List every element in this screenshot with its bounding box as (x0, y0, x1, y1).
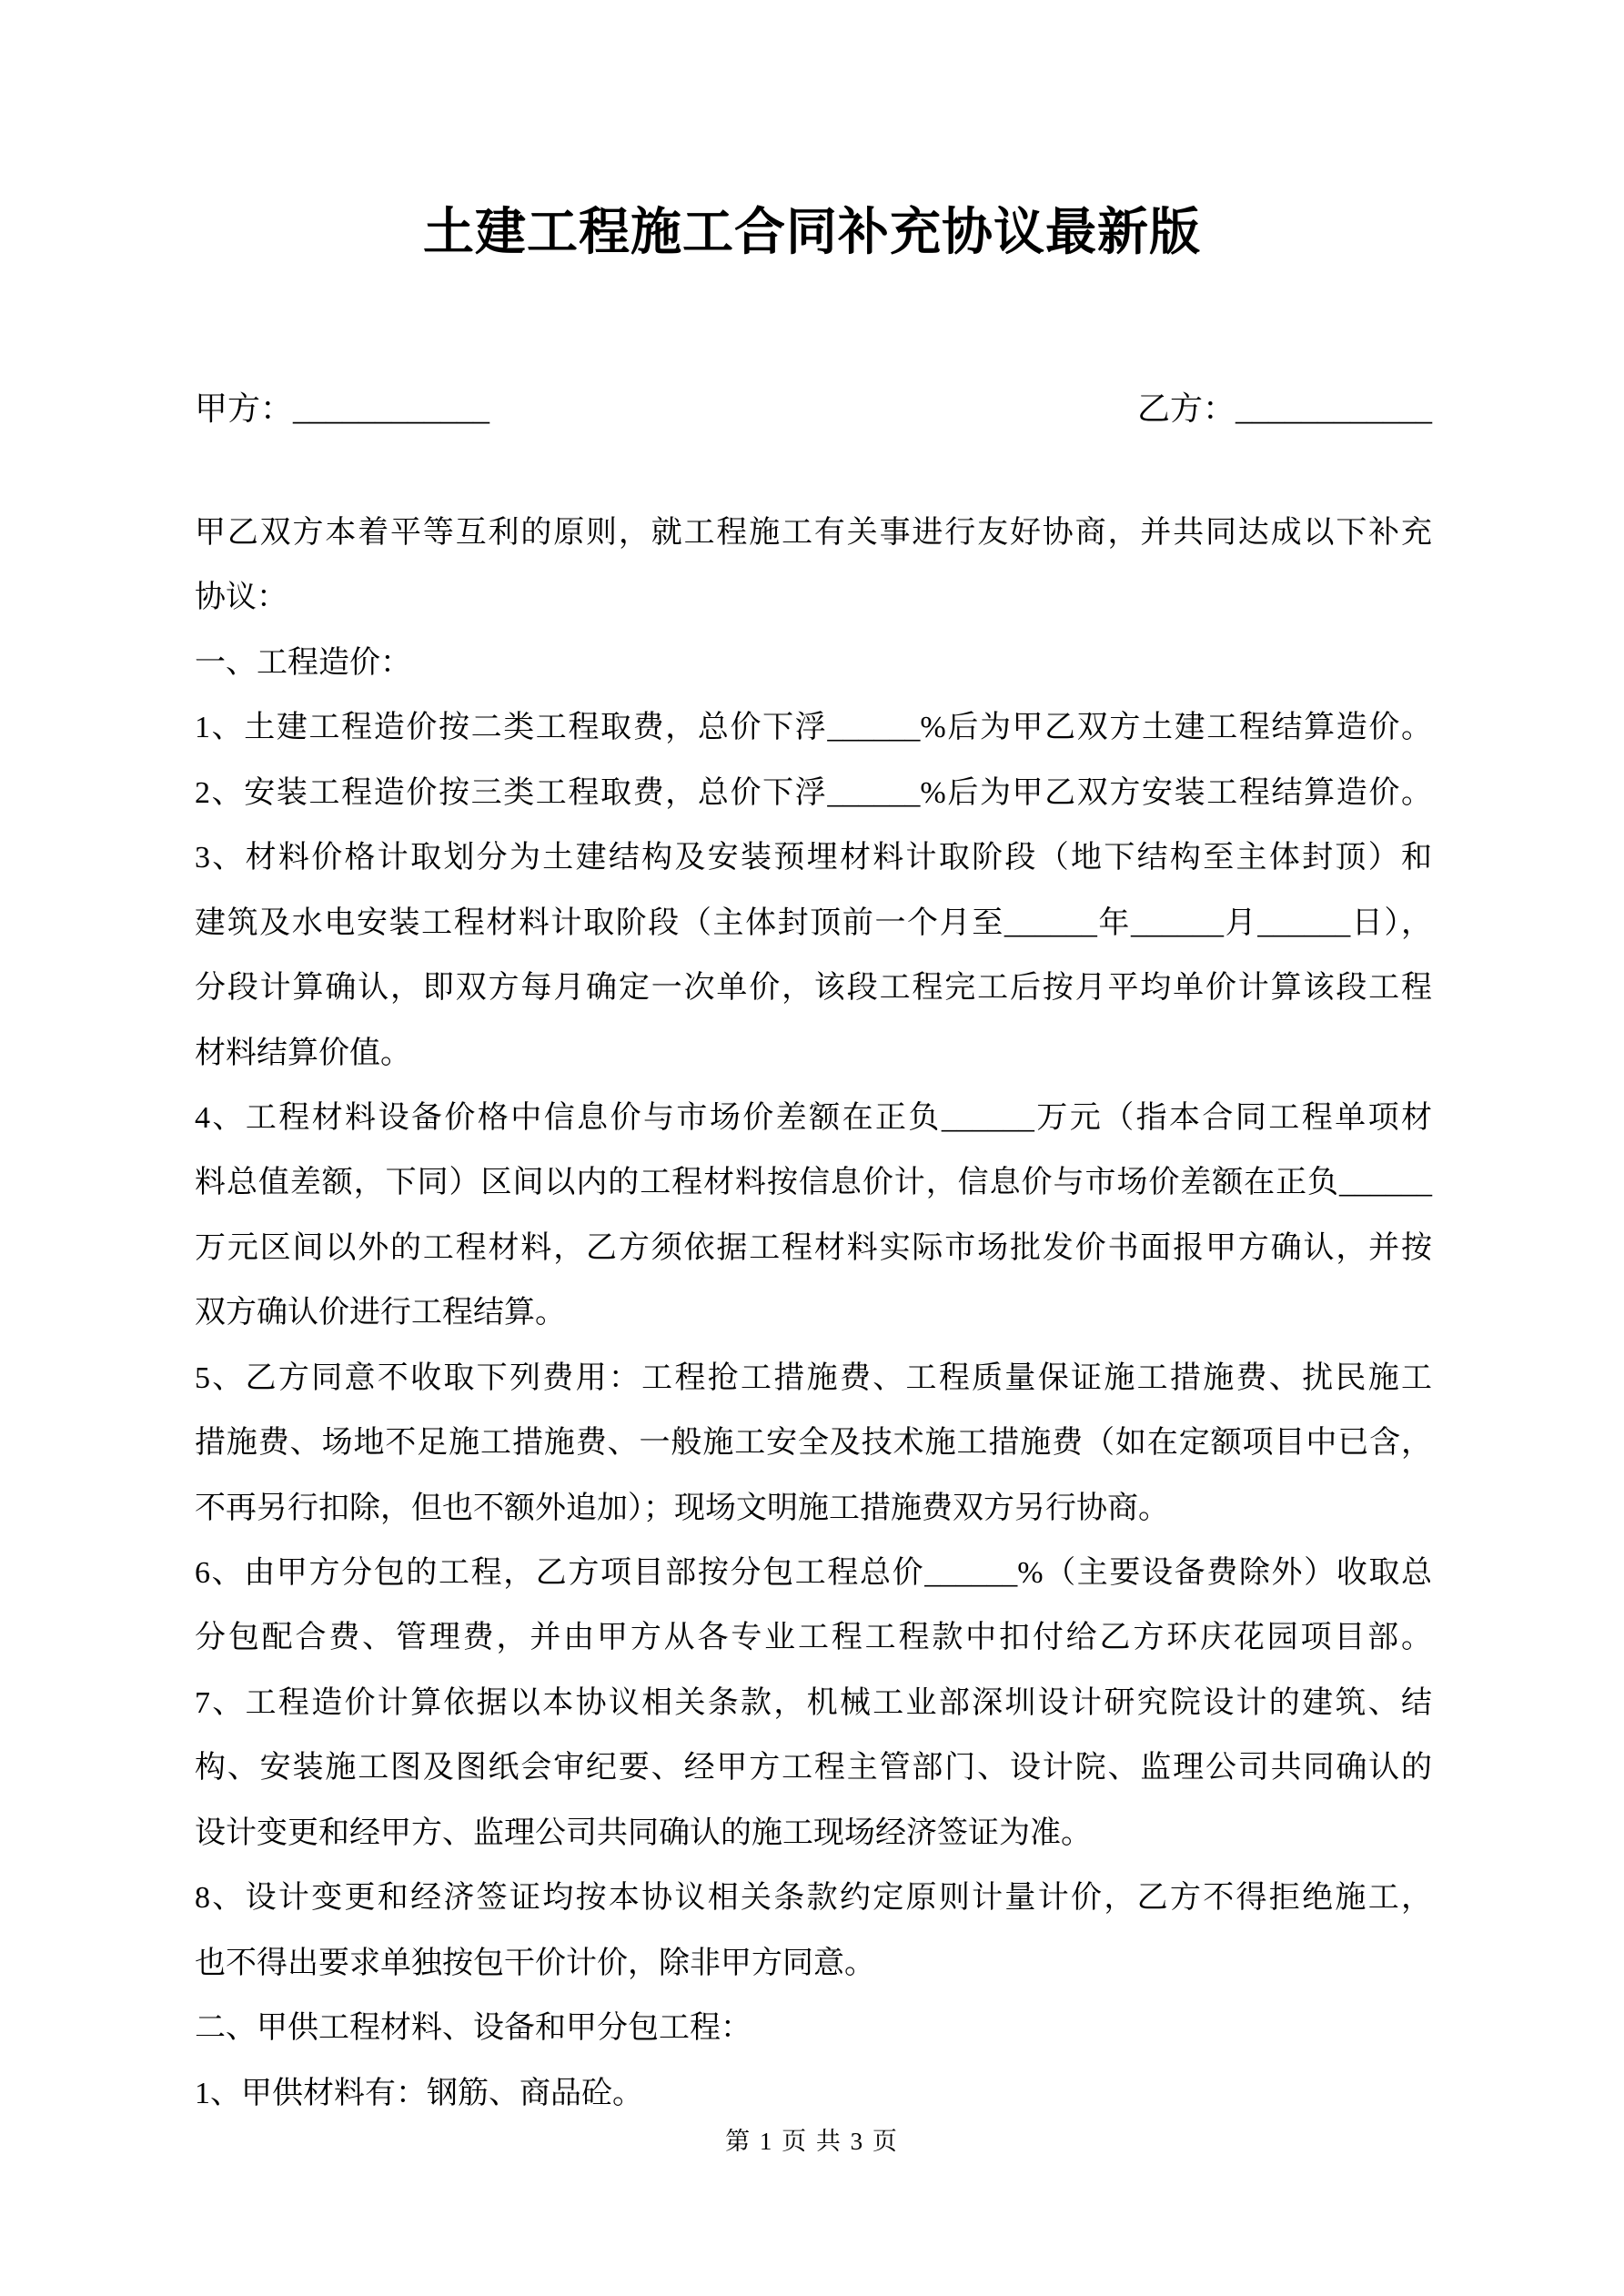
body-line: 4、工程材料设备价格中信息价与市场价差额在正负______万元（指本合同工程单项… (195, 1086, 1432, 1150)
body-line: 3、材料价格计取划分为土建结构及安装预埋材料计取阶段（地下结构至主体封顶）和 (195, 825, 1432, 890)
body-line: 也不得出要求单独按包干价计价，除非甲方同意。 (195, 1931, 1432, 1996)
body-line: 协议： (195, 565, 1432, 630)
party-b: 乙方：____________ (1137, 389, 1432, 428)
body-line: 1、土建工程造价按二类工程取费，总价下浮______%后为甲乙双方土建工程结算造… (195, 695, 1432, 760)
body-line: 1、甲供材料有：钢筋、商品砼。 (195, 2061, 1432, 2126)
document-body: 甲乙双方本着平等互利的原则，就工程施工有关事进行友好协商，并共同达成以下补充协议… (195, 501, 1432, 2126)
body-line: 双方确认价进行工程结算。 (195, 1280, 1432, 1345)
body-line: 措施费、场地不足施工措施费、一般施工安全及技术施工措施费（如在定额项目中已含， (195, 1411, 1432, 1475)
body-line: 2、安装工程造价按三类工程取费，总价下浮______%后为甲乙双方安装工程结算造… (195, 761, 1432, 825)
body-line: 5、乙方同意不收取下列费用：工程抢工措施费、工程质量保证施工措施费、扰民施工 (195, 1346, 1432, 1411)
body-line: 万元区间以外的工程材料，乙方须依据工程材料实际市场批发价书面报甲方确认，并按 (195, 1216, 1432, 1280)
document-page: 土建工程施工合同补充协议最新版 甲方：____________ 乙方：_____… (0, 0, 1624, 2296)
body-line: 8、设计变更和经济签证均按本协议相关条款约定原则计量计价，乙方不得拒绝施工， (195, 1866, 1432, 1930)
party-a-blank: ____________ (293, 390, 489, 427)
page-footer: 第 1 页 共 3 页 (0, 2126, 1624, 2157)
body-line: 分段计算确认，即双方每月确定一次单价，该段工程完工后按月平均单价计算该段工程 (195, 956, 1432, 1020)
body-line: 分包配合费、管理费，并由甲方从各专业工程工程款中扣付给乙方环庆花园项目部。 (195, 1605, 1432, 1670)
body-line: 构、安装施工图及图纸会审纪要、经甲方工程主管部门、设计院、监理公司共同确认的 (195, 1735, 1432, 1800)
party-a: 甲方：____________ (195, 389, 489, 428)
body-line: 建筑及水电安装工程材料计取阶段（主体封顶前一个月至______年______月_… (195, 891, 1432, 956)
body-line: 甲乙双方本着平等互利的原则，就工程施工有关事进行友好协商，并共同达成以下补充 (195, 501, 1432, 565)
document-title: 土建工程施工合同补充协议最新版 (0, 204, 1624, 262)
body-line: 料总值差额，下同）区间以内的工程材料按信息价计，信息价与市场价差额在正负____… (195, 1150, 1432, 1215)
body-line: 一、工程造价： (195, 631, 1432, 695)
body-line: 6、由甲方分包的工程，乙方项目部按分包工程总价______%（主要设备费除外）收… (195, 1541, 1432, 1605)
parties-row: 甲方：____________ 乙方：____________ (195, 389, 1432, 428)
body-line: 二、甲供工程材料、设备和甲分包工程： (195, 1996, 1432, 2060)
body-line: 不再另行扣除，但也不额外追加）；现场文明施工措施费双方另行协商。 (195, 1476, 1432, 1541)
body-line: 设计变更和经甲方、监理公司共同确认的施工现场经济签证为准。 (195, 1801, 1432, 1866)
body-line: 材料结算价值。 (195, 1021, 1432, 1086)
body-line: 7、工程造价计算依据以本协议相关条款，机械工业部深圳设计研究院设计的建筑、结 (195, 1671, 1432, 1735)
party-b-blank: ____________ (1236, 390, 1432, 427)
party-b-label: 乙方： (1137, 390, 1236, 427)
party-a-label: 甲方： (195, 390, 293, 427)
